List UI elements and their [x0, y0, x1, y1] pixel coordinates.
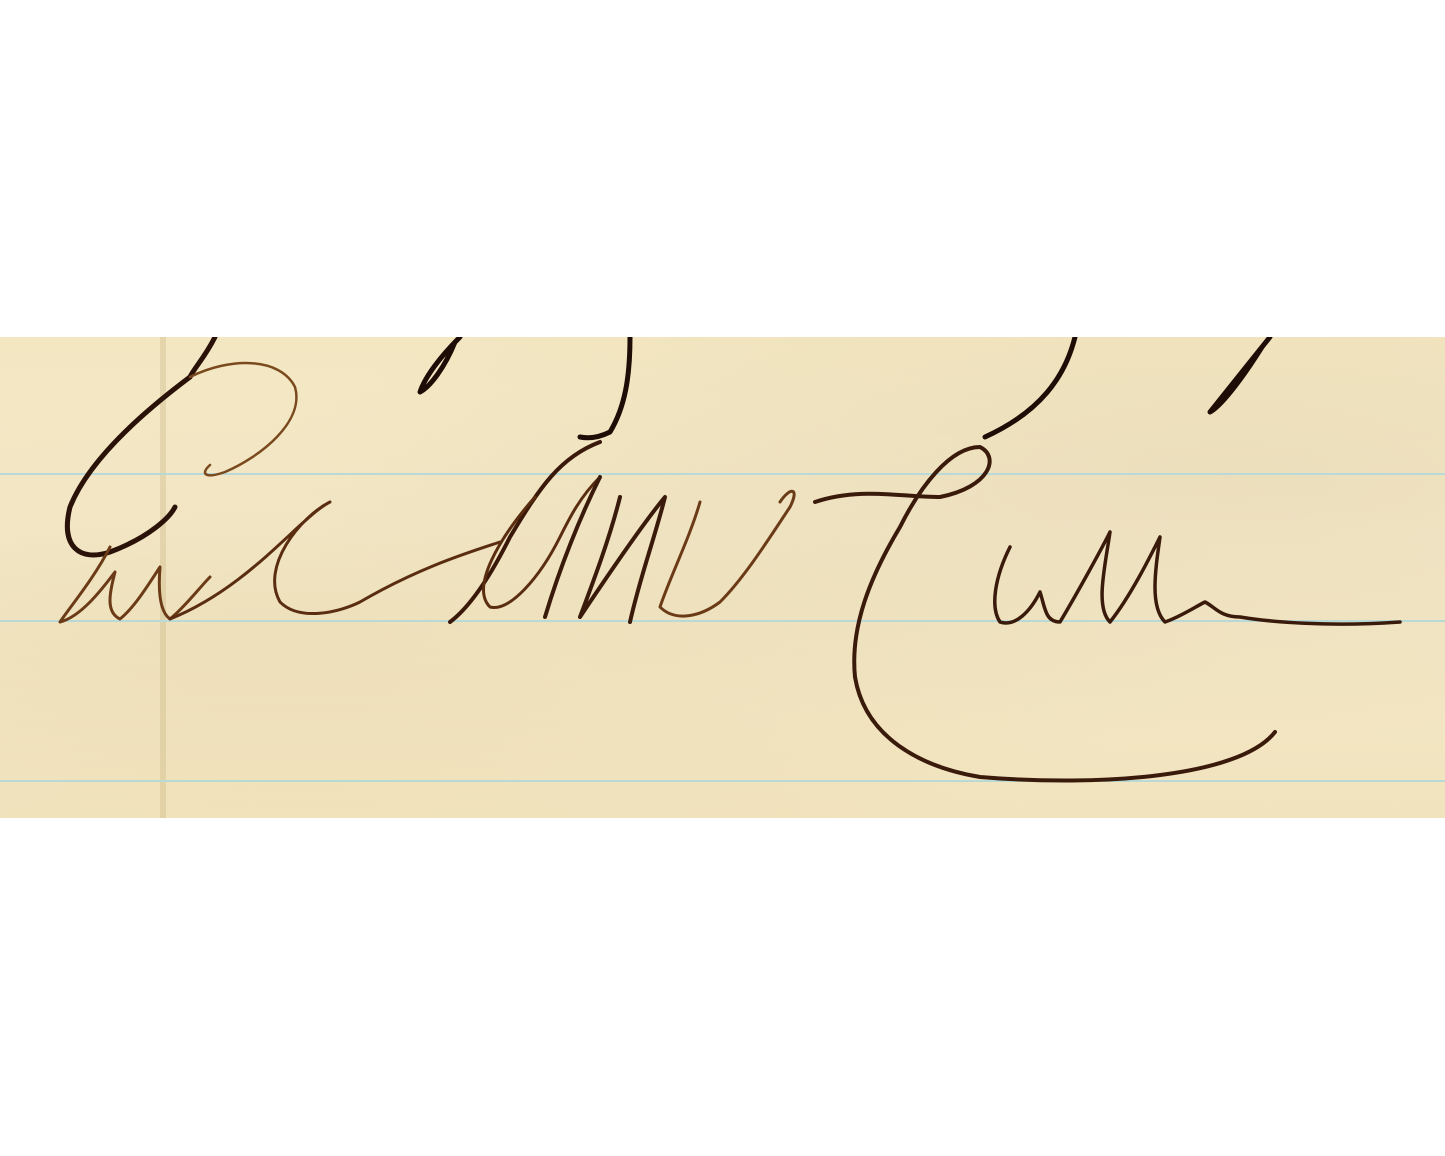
handwritten-signature: [0, 337, 1445, 818]
ascender-stroke: [420, 337, 460, 392]
signature-stroke: [170, 502, 500, 619]
ascender-stroke: [985, 337, 1075, 437]
signature-stroke: [995, 532, 1400, 624]
ruled-paper: [0, 337, 1445, 818]
signature-stroke: [67, 377, 190, 555]
signature-stroke: [484, 477, 600, 607]
ascender-stroke: [1210, 337, 1270, 412]
signature-stroke: [545, 477, 665, 622]
signature-stroke: [190, 363, 296, 475]
ascender-stroke: [580, 337, 630, 438]
signature-stroke: [660, 491, 794, 616]
signature-stroke: [450, 442, 600, 622]
